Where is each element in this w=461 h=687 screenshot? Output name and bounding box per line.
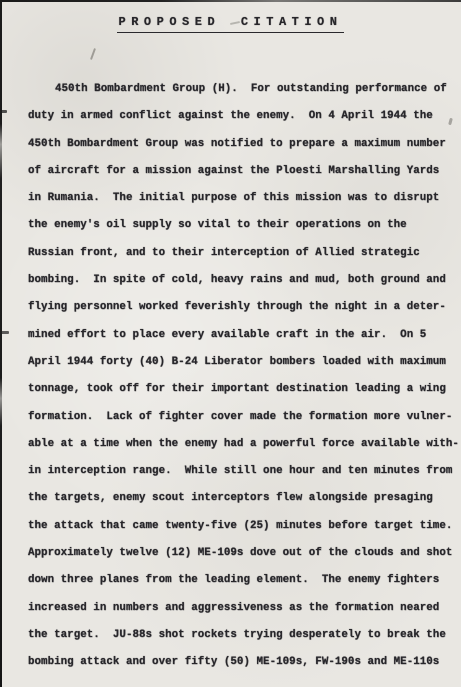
text-line: the target. JU-88s shot rockets trying d… (28, 622, 458, 649)
text-line: tonnage, took off for their important de… (28, 376, 458, 403)
scanned-document-page: PROPOSED CITATION 450th Bombardment Grou… (0, 0, 461, 687)
text-line: April 1944 forty (40) B-24 Liberator bom… (28, 349, 458, 376)
text-line: the enemy's oil supply so vital to their… (28, 212, 458, 239)
text-line: of aircraft for a mission against the Pl… (28, 158, 458, 185)
text-line: formation. Lack of fighter cover made th… (28, 404, 458, 431)
scan-mark (0, 331, 9, 334)
text-line: 450th Bombardment Group was notified to … (28, 131, 458, 158)
pencil-smudge (90, 48, 96, 60)
scan-mark (0, 110, 7, 113)
text-line: increased in numbers and aggressiveness … (28, 595, 458, 622)
document-header: PROPOSED CITATION (0, 12, 461, 33)
text-line: duty in armed conflict against the enemy… (28, 103, 458, 130)
document-title: PROPOSED CITATION (117, 15, 345, 33)
text-line: in Rumania. The initial purpose of this … (28, 185, 458, 212)
text-line: in interception range. While still one h… (28, 458, 458, 485)
text-line: mined effort to place every available cr… (28, 322, 458, 349)
text-line: bombing. In spite of cold, heavy rains a… (28, 267, 458, 294)
text-line: bombing attack and over fifty (50) ME-10… (28, 649, 458, 676)
text-line: down three planes from the leading eleme… (28, 567, 458, 594)
scan-edge-left (0, 0, 2, 687)
text-line: able at a time when the enemy had a powe… (28, 431, 458, 458)
text-line: Approximately twelve (12) ME-109s dove o… (28, 540, 458, 567)
text-line: Russian front, and to their interception… (28, 240, 458, 267)
scan-edge-top (0, 0, 461, 2)
text-line: the attack that came twenty-five (25) mi… (28, 513, 458, 540)
text-line: flying personnel worked feverishly throu… (28, 294, 458, 321)
citation-paragraph: 450th Bombardment Group (H). For outstan… (28, 76, 458, 677)
text-line: the targets, enemy scout interceptors fl… (28, 485, 458, 512)
text-line: 450th Bombardment Group (H). For outstan… (28, 76, 458, 103)
